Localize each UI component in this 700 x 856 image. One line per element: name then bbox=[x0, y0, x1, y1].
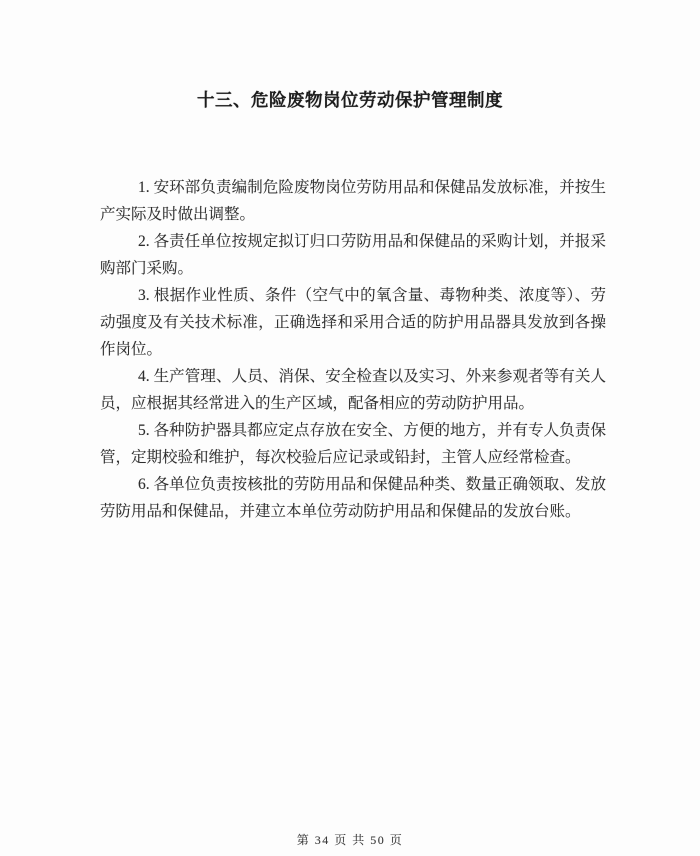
paragraph-5: 5. 各种防护器具都应定点存放在安全、方便的地方，并有专人负责保管，定期校验和维… bbox=[100, 417, 606, 471]
paragraph-1: 1. 安环部负责编制危险废物岗位劳防用品和保健品发放标准，并按生产实际及时做出调… bbox=[100, 174, 606, 228]
paragraph-6: 6. 各单位负责按核批的劳防用品和保健品种类、数量正确领取、发放劳防用品和保健品… bbox=[100, 471, 606, 525]
paragraph-4: 4. 生产管理、人员、消保、安全检查以及实习、外来参观者等有关人员，应根据其经常… bbox=[100, 363, 606, 417]
document-body: 1. 安环部负责编制危险废物岗位劳防用品和保健品发放标准，并按生产实际及时做出调… bbox=[100, 174, 606, 525]
document-page: 十三、危险废物岗位劳动保护管理制度 1. 安环部负责编制危险废物岗位劳防用品和保… bbox=[0, 0, 700, 856]
document-title: 十三、危险废物岗位劳动保护管理制度 bbox=[0, 87, 700, 113]
paragraph-2: 2. 各责任单位按规定拟订归口劳防用品和保健品的采购计划，并报采购部门采购。 bbox=[100, 228, 606, 282]
page-footer: 第 34 页 共 50 页 bbox=[0, 832, 700, 848]
paragraph-3: 3. 根据作业性质、条件（空气中的氧含量、毒物种类、浓度等）、劳动强度及有关技术… bbox=[100, 282, 606, 363]
page-number: 第 34 页 共 50 页 bbox=[297, 833, 404, 847]
